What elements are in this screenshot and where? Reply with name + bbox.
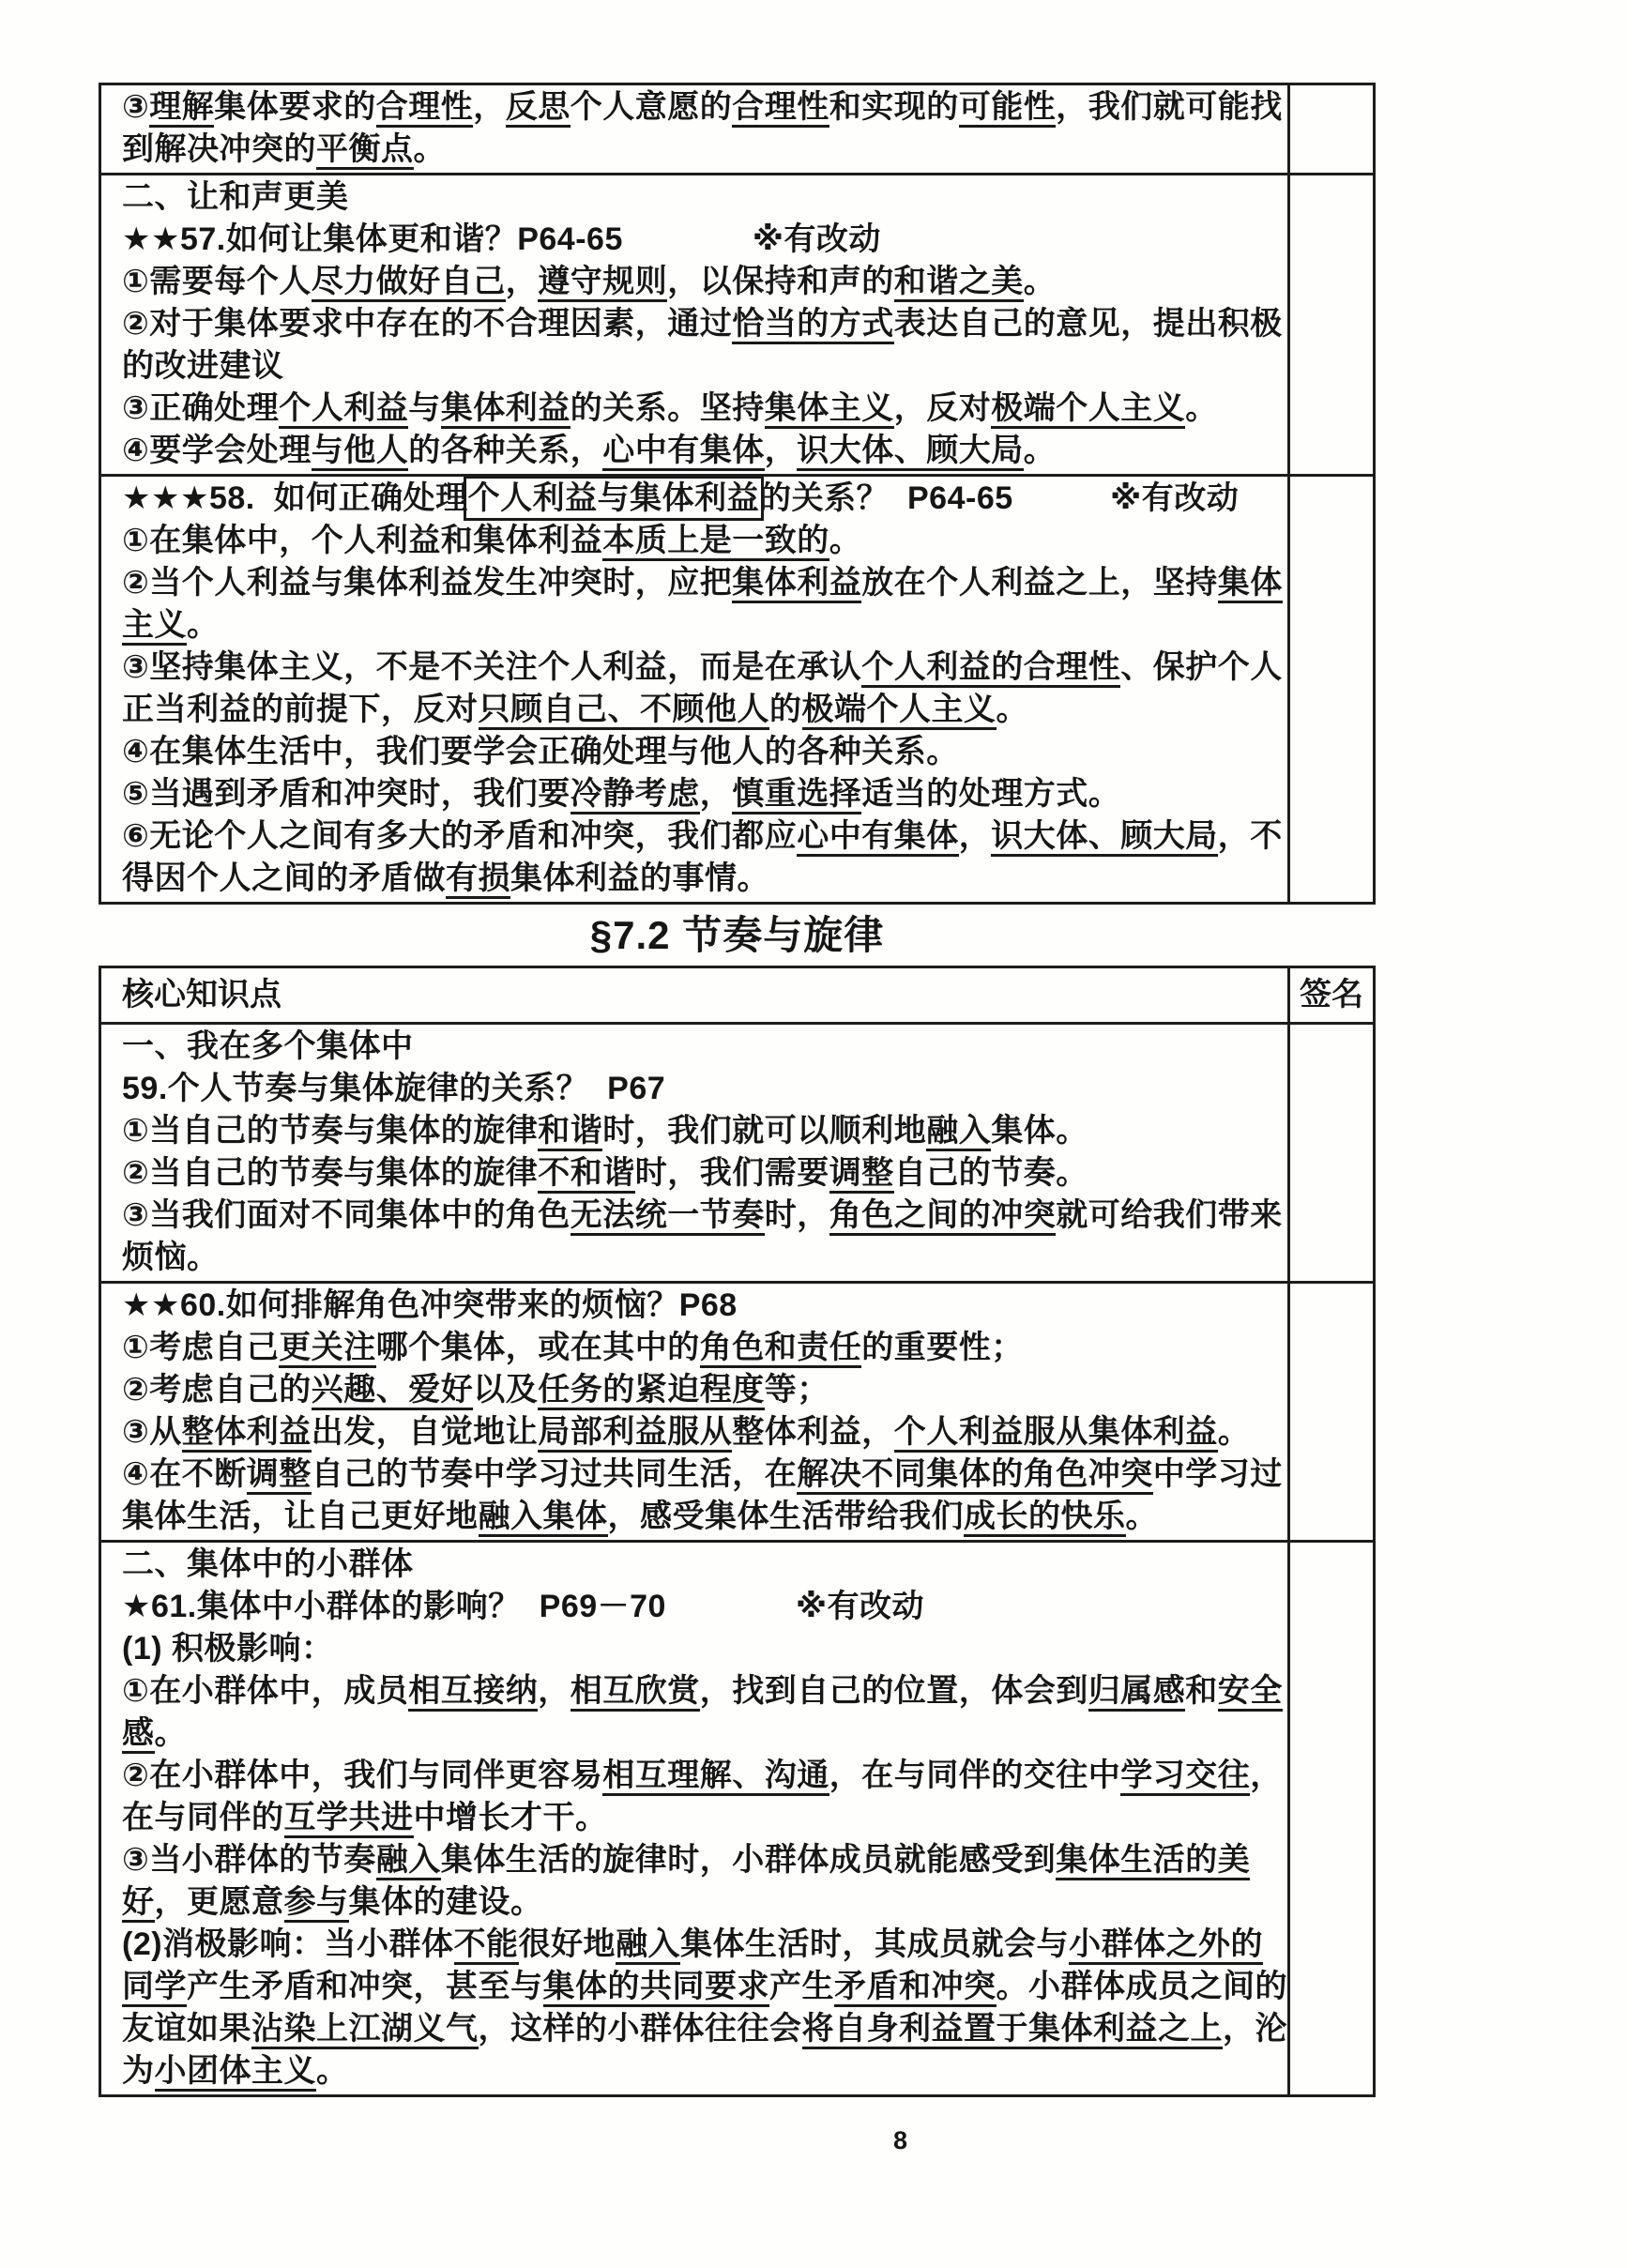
text-line: ①在集体中，个人利益和集体利益本质上是一致的。 (122, 520, 1282, 562)
text-line: 59.个人节奏与集体旋律的关系？ P67 (122, 1068, 1282, 1110)
text-line: 集体生活，让自己更好地融入集体，感受集体生活带给我们成长的快乐。 (122, 1496, 1282, 1538)
signature-cell (1288, 476, 1374, 904)
text-line: ①在小群体中，成员相互接纳，相互欣赏，找到自己的位置，体会到归属感和安全 (122, 1670, 1282, 1712)
section-heading: §7.2 节奏与旋律 (99, 905, 1376, 966)
signature-cell (1288, 1024, 1374, 1283)
knowledge-cell: ★★★58. 如何正确处理个人利益与集体利益的关系？ P64-65 ※有改动①在… (100, 476, 1289, 904)
scanned-document-page: ③理解集体要求的合理性，反思个人意愿的合理性和实现的可能性，我们就可能找到解决冲… (0, 0, 1628, 2268)
table-row: 一、我在多个集体中59.个人节奏与集体旋律的关系？ P67①当自己的节奏与集体的… (100, 1024, 1375, 1283)
text-line: ③当我们面对不同集体中的角色无法统一节奏时，角色之间的冲突就可给我们带来 (122, 1195, 1282, 1237)
text-line: ②当自己的节奏与集体的旋律不和谐时，我们需要调整自己的节奏。 (122, 1152, 1282, 1195)
text-line: ★★60.如何排解角色冲突带来的烦恼？P68 (122, 1285, 1282, 1327)
text-line: ③从整体利益出发，自觉地让局部利益服从整体利益，个人利益服从集体利益。 (122, 1411, 1282, 1454)
signature-cell (1288, 1283, 1374, 1542)
text-line: ②在小群体中，我们与同伴更容易相互理解、沟通，在与同伴的交往中学习交往， (122, 1755, 1282, 1797)
text-line: ④在集体生活中，我们要学会正确处理与他人的各种关系。 (122, 731, 1282, 773)
text-line: ②当个人利益与集体利益发生冲突时，应把集体利益放在个人利益之上，坚持集体 (122, 562, 1282, 604)
knowledge-cell: 二、集体中的小群体★61.集体中小群体的影响？ P69－70 ※有改动(1) 积… (100, 1542, 1289, 2096)
page-content: ③理解集体要求的合理性，反思个人意愿的合理性和实现的可能性，我们就可能找到解决冲… (0, 0, 1628, 2097)
text-line: ③理解集体要求的合理性，反思个人意愿的合理性和实现的可能性，我们就可能找 (122, 86, 1282, 129)
text-line: 在与同伴的互学共进中增长才干。 (122, 1797, 1282, 1839)
knowledge-cell: 二、让和声更美★★57.如何让集体更和谐？P64-65 ※有改动①需要每个人尽力… (100, 175, 1289, 476)
core-knowledge-header: 核心知识点 (100, 967, 1289, 1024)
text-line: 二、让和声更美 (122, 176, 1282, 219)
text-line: ★★★58. 如何正确处理个人利益与集体利益的关系？ P64-65 ※有改动 (122, 478, 1282, 520)
text-line: 一、我在多个集体中 (122, 1026, 1282, 1068)
table-row: 二、让和声更美★★57.如何让集体更和谐？P64-65 ※有改动①需要每个人尽力… (100, 175, 1375, 476)
text-line: (1) 积极影响： (122, 1628, 1282, 1670)
text-line: (2)消极影响：当小群体不能很好地融入集体生活时，其成员就会与小群体之外的 (122, 1924, 1282, 1966)
text-line: ②考虑自己的兴趣、爱好以及任务的紧迫程度等； (122, 1369, 1282, 1411)
text-line: ④在不断调整自己的节奏中学习过共同生活，在解决不同集体的角色冲突中学习过 (122, 1454, 1282, 1496)
signature-cell (1288, 84, 1374, 175)
table-row: ★★★58. 如何正确处理个人利益与集体利益的关系？ P64-65 ※有改动①在… (100, 476, 1375, 904)
text-line: ②对于集体要求中存在的不合理因素，通过恰当的方式表达自己的意见，提出积极 (122, 303, 1282, 345)
knowledge-cell: ③理解集体要求的合理性，反思个人意愿的合理性和实现的可能性，我们就可能找到解决冲… (100, 84, 1289, 175)
text-line: ③当小群体的节奏融入集体生活的旋律时，小群体成员就能感受到集体生活的美 (122, 1839, 1282, 1881)
text-line: 二、集体中的小群体 (122, 1544, 1282, 1586)
table-header-row: 核心知识点 签名 (100, 967, 1375, 1024)
text-line: ★61.集体中小群体的影响？ P69－70 ※有改动 (122, 1586, 1282, 1628)
text-line: 同学产生矛盾和冲突，甚至与集体的共同要求产生矛盾和冲突。小群体成员之间的 (122, 1966, 1282, 2008)
text-line: ⑤当遇到矛盾和冲突时，我们要冷静考虑，慎重选择适当的处理方式。 (122, 773, 1282, 815)
text-line: 正当利益的前提下，反对只顾自己、不顾他人的极端个人主义。 (122, 689, 1282, 731)
text-line: 友谊如果沾染上江湖义气，这样的小群体往往会将自身利益置于集体利益之上，沦 (122, 2008, 1282, 2050)
signature-cell (1288, 1542, 1374, 2096)
text-line: 好，更愿意参与集体的建设。 (122, 1881, 1282, 1924)
signature-cell (1288, 175, 1374, 476)
text-line: 得因个人之间的矛盾做有损集体利益的事情。 (122, 858, 1282, 900)
knowledge-table-7-2: 核心知识点 签名 一、我在多个集体中59.个人节奏与集体旋律的关系？ P67①当… (99, 966, 1376, 2097)
knowledge-table-7-1: ③理解集体要求的合理性，反思个人意愿的合理性和实现的可能性，我们就可能找到解决冲… (99, 83, 1376, 905)
table-row: ★★60.如何排解角色冲突带来的烦恼？P68①考虑自己更关注哪个集体，或在其中的… (100, 1283, 1375, 1542)
text-line: ③正确处理个人利益与集体利益的关系。坚持集体主义，反对极端个人主义。 (122, 388, 1282, 430)
text-line: 的改进建议 (122, 345, 1282, 388)
text-line: ④要学会处理与他人的各种关系，心中有集体，识大体、顾大局。 (122, 430, 1282, 472)
table-row: 二、集体中的小群体★61.集体中小群体的影响？ P69－70 ※有改动(1) 积… (100, 1542, 1375, 2096)
table-row: ③理解集体要求的合理性，反思个人意愿的合理性和实现的可能性，我们就可能找到解决冲… (100, 84, 1375, 175)
text-line: ①需要每个人尽力做好自己，遵守规则，以保持和声的和谐之美。 (122, 261, 1282, 303)
text-line: 到解决冲突的平衡点。 (122, 129, 1282, 171)
text-line: ★★57.如何让集体更和谐？P64-65 ※有改动 (122, 219, 1282, 261)
text-line: ①当自己的节奏与集体的旋律和谐时，我们就可以顺利地融入集体。 (122, 1110, 1282, 1152)
text-line: ③坚持集体主义，不是不关注个人利益，而是在承认个人利益的合理性、保护个人 (122, 647, 1282, 689)
knowledge-cell: ★★60.如何排解角色冲突带来的烦恼？P68①考虑自己更关注哪个集体，或在其中的… (100, 1283, 1289, 1542)
text-line: 感。 (122, 1712, 1282, 1755)
text-line: 为小团体主义。 (122, 2050, 1282, 2093)
signature-header: 签名 (1288, 967, 1374, 1024)
text-line: 主义。 (122, 604, 1282, 647)
knowledge-cell: 一、我在多个集体中59.个人节奏与集体旋律的关系？ P67①当自己的节奏与集体的… (100, 1024, 1289, 1283)
text-line: ⑥无论个人之间有多大的矛盾和冲突，我们都应心中有集体，识大体、顾大局，不 (122, 815, 1282, 858)
text-line: 烦恼。 (122, 1237, 1282, 1279)
page-number: 8 (893, 2126, 907, 2155)
text-line: ①考虑自己更关注哪个集体，或在其中的角色和责任的重要性； (122, 1327, 1282, 1369)
